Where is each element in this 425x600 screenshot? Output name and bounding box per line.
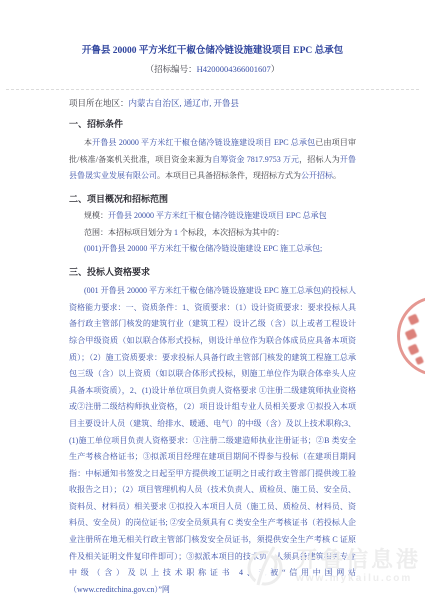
project-location-value: 内蒙古自治区, 通辽市, 开鲁县 bbox=[129, 98, 240, 108]
site-watermark: 开鲁信息港 www.mykailu.com bbox=[241, 542, 421, 590]
document-title: 开鲁县 20000 平方米红干椒仓储冷链设施建设项目 EPC 总承包 bbox=[69, 45, 356, 58]
tender-number-value: H4200004366001607 bbox=[197, 64, 271, 74]
project-lot-line: (001)开鲁县 20000 平方米红干椒仓储冷链设施建设 EPC 施工总承包; bbox=[69, 241, 356, 258]
text-segment: 开鲁县 20000 平方米红干椒仓储冷链设施建设项目 EPC 总承包 bbox=[108, 211, 327, 220]
seal-glyph-mark bbox=[415, 356, 424, 365]
document-content: 开鲁县 20000 平方米红干椒仓储冷链设施建设项目 EPC 总承包 （招标编号… bbox=[69, 0, 356, 598]
project-scale-line: 规模：开鲁县 20000 平方米红干椒仓储冷链设施建设项目 EPC 总承包 bbox=[69, 208, 356, 225]
project-location-line: 项目所在地区：内蒙古自治区, 通辽市, 开鲁县 bbox=[69, 96, 356, 110]
text-segment: 规模： bbox=[84, 211, 108, 220]
section-heading-tender-conditions: 一、招标条件 bbox=[69, 116, 356, 133]
text-segment: 。 bbox=[333, 171, 341, 180]
text-segment: 范围：本招标项目划分为 bbox=[84, 228, 174, 237]
section-heading-bidder-qualifications: 三、投标人资格要求 bbox=[69, 264, 356, 281]
tender-number-label: （招标编号： bbox=[146, 64, 197, 74]
section-heading-project-overview: 二、项目概况和招标范围 bbox=[69, 191, 356, 208]
seal-glyph-mark bbox=[405, 328, 418, 340]
text-segment: 公开招标 bbox=[301, 171, 333, 180]
text-segment: 开鲁县 20000 平方米红干椒仓储冷链设施建设项目 EPC 总承包 bbox=[92, 138, 315, 147]
text-segment: 。本项目已具备招标条件，现招标方式为 bbox=[157, 171, 301, 180]
watermark-site-url: www.mykailu.com bbox=[296, 573, 421, 584]
watermark-text-block: 开鲁信息港 www.mykailu.com bbox=[296, 549, 421, 584]
document-page: 开鲁县 20000 平方米红干椒仓储冷链设施建设项目 EPC 总承包 （招标编号… bbox=[0, 0, 425, 600]
watermark-site-name: 开鲁信息港 bbox=[296, 549, 421, 571]
text-segment: ，招标人为 bbox=[299, 155, 340, 164]
tender-number-close: ） bbox=[271, 64, 280, 74]
text-segment: (001)开鲁县 20000 平方米红干椒仓储冷链设施建设 EPC 施工总承包; bbox=[84, 244, 322, 253]
tender-number-line: （招标编号：H4200004366001607） bbox=[69, 63, 356, 75]
official-seal-stamp bbox=[397, 296, 425, 376]
seal-glyph-mark bbox=[408, 344, 420, 356]
project-range-line: 范围：本招标项目划分为 1 个标段，本次招标为其中的： bbox=[69, 225, 356, 242]
tender-conditions-paragraph: 本开鲁县 20000 平方米红干椒仓储冷链设施建设项目 EPC 总承包已由项目审… bbox=[69, 135, 356, 185]
watermark-logo-icon bbox=[241, 542, 289, 590]
text-segment: 自筹资金 7817.9753 万元 bbox=[212, 155, 299, 164]
text-segment: 个标段，本次招标为其中的： bbox=[178, 228, 284, 237]
text-segment: 本 bbox=[84, 138, 92, 147]
seal-glyph-mark bbox=[408, 314, 420, 326]
project-location-label: 项目所在地区： bbox=[69, 98, 129, 108]
